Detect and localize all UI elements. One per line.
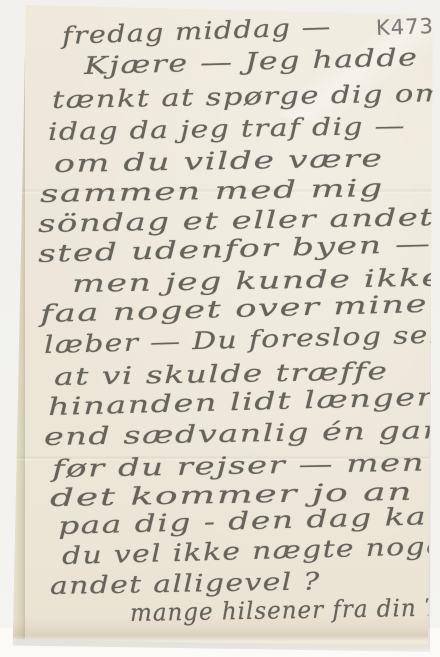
letter-line-signature: mange hilsener fra din T. — [130, 595, 440, 625]
letter-line: andet alligevel ? — [50, 569, 321, 598]
letter-line: om du vilde være — [54, 146, 384, 176]
letter-paper: K473 fredag middag — Kjære — Jeg hadde t… — [0, 0, 440, 657]
letter-line: du vel ikke nægte noget — [62, 534, 440, 568]
letter-line: før du rejser — men — [52, 450, 425, 481]
letter-line: læber — Du foreslog selv — [44, 322, 440, 357]
letter-line: end sædvanlig én gang — [44, 418, 440, 449]
scan-background: K473 fredag middag — Kjære — Jeg hadde t… — [0, 0, 440, 657]
letter-line: tænkt at spørge dig om, — [52, 81, 440, 112]
letter-line: sammen med mig — [40, 176, 384, 206]
left-fold-crease — [0, 0, 25, 657]
archive-label: K473 — [376, 14, 435, 40]
letter-line: idag da jeg traf dig — — [48, 114, 406, 144]
